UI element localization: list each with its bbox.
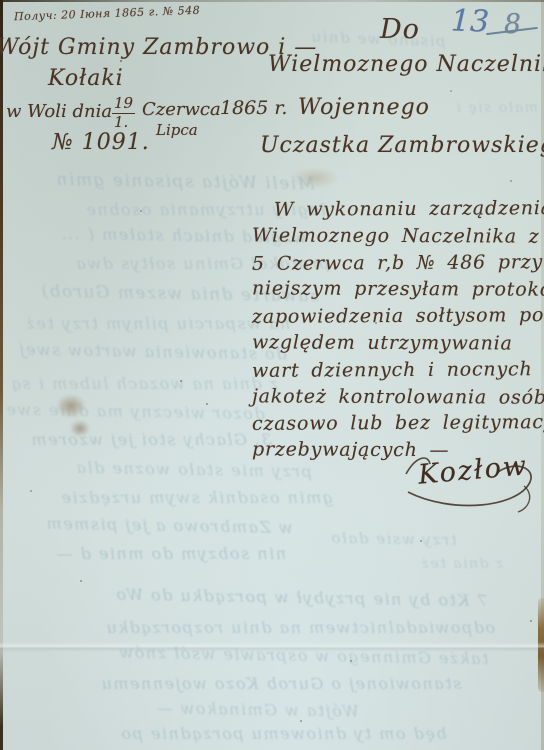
body-line: jakoteż kontrolowania osób [252,383,544,411]
document-number: № 1091. [52,130,150,155]
date-day-julian-value: 19 [112,94,135,114]
body-line: wart dziennych i nocnych [252,356,544,385]
sender-title-line2: Kołaki [48,66,124,91]
body-line: niejszym przesyłam protokół [252,276,544,304]
date-day-gregorian: 1. [114,113,128,131]
body-line: Wielmoznego Naczelnika z dnia [252,222,544,250]
place-date-prefix: w Woli dnia [6,101,112,122]
addressee-line3: Uczastka Zambrowskiego [260,133,544,158]
date-day-julian: 19 [112,94,135,112]
archival-page-number: 13 [450,3,489,39]
crossed-out-number: 8 [503,9,521,41]
document-page: Mieli Wójta spisanie gminlegity utrzyman… [0,0,544,750]
date-month-gregorian: Lipca [156,121,198,139]
reception-note: Получ: 20 Іюня 1865 г. № 548 [14,4,200,23]
body-line: W wykonaniu zarządzenia [252,195,544,224]
addressee-line2: Wojennego [298,95,430,120]
letter-body: W wykonaniu zarządzenia Wielmoznego Nacz… [252,196,544,464]
body-line: zapowiedzenia sołtysom pod [252,302,544,331]
body-line: 5 Czerwca r,b № 486 przy ni— [252,249,544,278]
addressee-line1: Wielmoznego Naczelnika [268,52,544,77]
body-line: względem utrzymywania [252,329,544,357]
date-month-julian: Czerwca [142,99,221,120]
body-line: czasowo lub bez legitymacyi [252,409,544,438]
date-year: 1865 r. [220,97,287,119]
addressee-salutation: Do [380,14,420,45]
ink-layer: Получ: 20 Іюня 1865 г. № 548 Wójt Gminy … [0,0,544,750]
